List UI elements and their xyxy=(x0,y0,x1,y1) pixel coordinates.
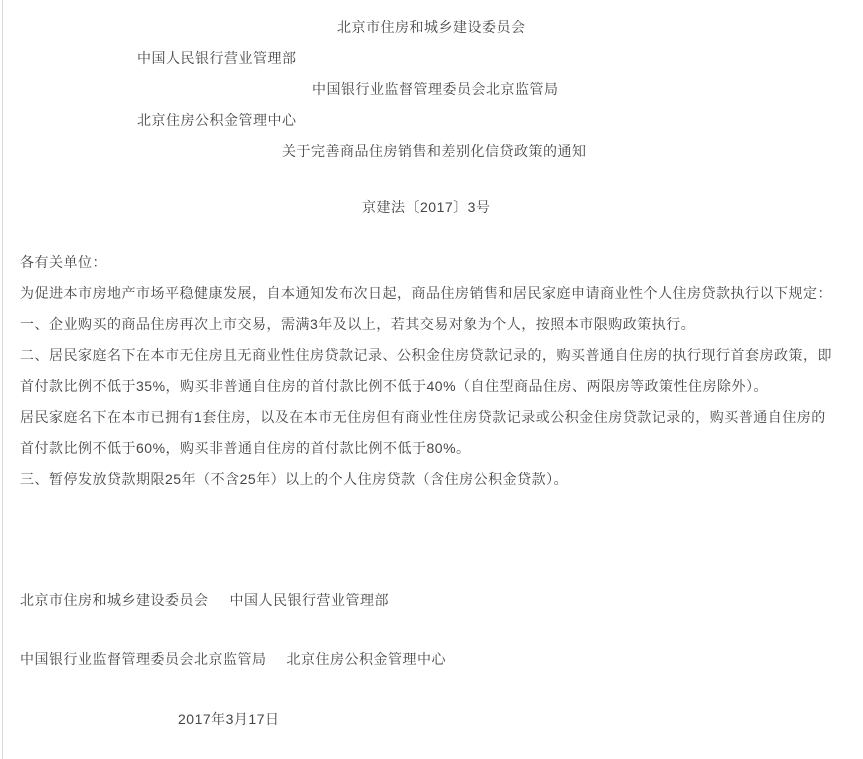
issuing-agency-2: 中国人民银行营业管理部 xyxy=(20,43,840,74)
issue-date: 2017年3月17日 xyxy=(20,704,840,735)
provision-item-1: 一、企业购买的商品住房再次上市交易，需满3年及以上，若其交易对象为个人，按照本市… xyxy=(20,309,840,340)
intro-paragraph: 为促进本市房地产市场平稳健康发展，自本通知发布次日起，商品住房销售和居民家庭申请… xyxy=(20,278,840,309)
document-title: 关于完善商品住房销售和差别化信贷政策的通知 xyxy=(20,136,840,167)
document-number: 京建法〔2017〕3号 xyxy=(20,192,840,223)
signature-agency-3: 中国银行业监督管理委员会北京监管局 xyxy=(20,651,267,667)
signature-agency-4: 北京住房公积金管理中心 xyxy=(287,651,447,667)
salutation: 各有关单位： xyxy=(20,247,840,278)
provision-item-3: 三、暂停发放贷款期限25年（不含25年）以上的个人住房贷款（含住房公积金贷款）。 xyxy=(20,464,840,495)
signature-row-1: 北京市住房和城乡建设委员会中国人民银行营业管理部 xyxy=(20,585,840,616)
signature-agency-1: 北京市住房和城乡建设委员会 xyxy=(20,592,209,608)
document-content: 北京市住房和城乡建设委员会 中国人民银行营业管理部 中国银行业监督管理委员会北京… xyxy=(0,0,840,735)
provision-item-2-continued: 居民家庭名下在本市已拥有1套住房，以及在本市无住房但有商业性住房贷款记录或公积金… xyxy=(20,402,840,464)
signature-agency-2: 中国人民银行营业管理部 xyxy=(230,592,390,608)
issuing-agency-4: 北京住房公积金管理中心 xyxy=(20,105,840,136)
issuing-agency-3: 中国银行业监督管理委员会北京监管局 xyxy=(20,74,840,105)
provision-item-2: 二、居民家庭名下在本市无住房且无商业性住房贷款记录、公积金住房贷款记录的，购买普… xyxy=(20,340,840,402)
notice-document: 北京市住房和城乡建设委员会 中国人民银行营业管理部 中国银行业监督管理委员会北京… xyxy=(0,0,863,759)
issuing-agency-1: 北京市住房和城乡建设委员会 xyxy=(20,12,840,43)
signature-row-2: 中国银行业监督管理委员会北京监管局北京住房公积金管理中心 xyxy=(20,644,840,675)
